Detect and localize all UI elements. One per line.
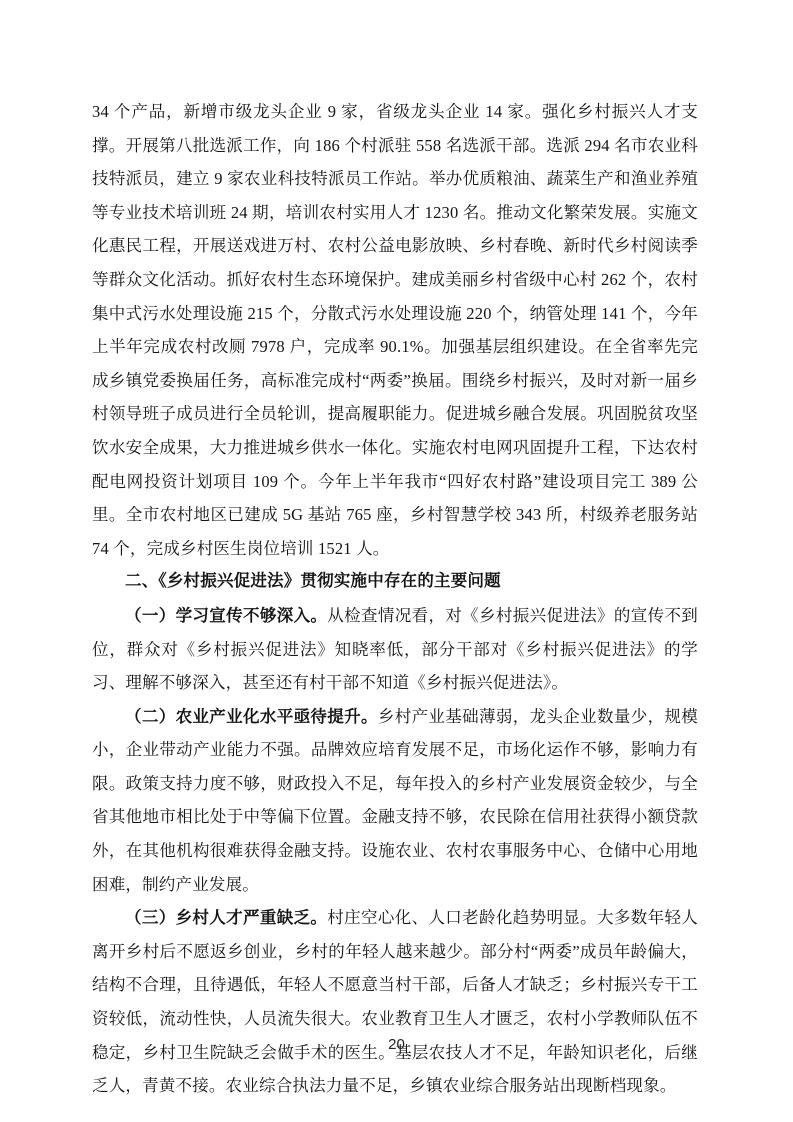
document-page: 34 个产品，新增市级龙头企业 9 家，省级龙头企业 14 家。强化乡村振兴人才… bbox=[0, 0, 793, 1122]
subsection-1-lead: （一）学习宣传不够深入。 bbox=[125, 606, 327, 625]
section-heading: 二、《乡村振兴促进法》贯彻实施中存在的主要问题 bbox=[92, 565, 698, 599]
page-content: 34 个产品，新增市级龙头企业 9 家，省级龙头企业 14 家。强化乡村振兴人才… bbox=[92, 95, 698, 1103]
subsection-3-text: 村庄空心化、人口老龄化趋势明显。大多数年轻人离开乡村后不愿返乡创业，乡村的年轻人… bbox=[92, 908, 698, 1095]
subsection-paragraph-1: （一）学习宣传不够深入。从检查情况看，对《乡村振兴促进法》的宣传不到位，群众对《… bbox=[92, 599, 698, 700]
subsection-3-lead: （三）乡村人才严重缺乏。 bbox=[125, 908, 327, 927]
page-number: 20 bbox=[0, 1036, 793, 1053]
subsection-2-lead: （二）农业产业化水平亟待提升。 bbox=[125, 707, 378, 726]
subsection-2-text: 乡村产业基础薄弱，龙头企业数量少，规模小，企业带动产业能力不强。品牌效应培育发展… bbox=[92, 707, 698, 894]
continuation-paragraph: 34 个产品，新增市级龙头企业 9 家，省级龙头企业 14 家。强化乡村振兴人才… bbox=[92, 95, 698, 565]
subsection-paragraph-2: （二）农业产业化水平亟待提升。乡村产业基础薄弱，龙头企业数量少，规模小，企业带动… bbox=[92, 700, 698, 902]
subsection-paragraph-3: （三）乡村人才严重缺乏。村庄空心化、人口老龄化趋势明显。大多数年轻人离开乡村后不… bbox=[92, 901, 698, 1103]
